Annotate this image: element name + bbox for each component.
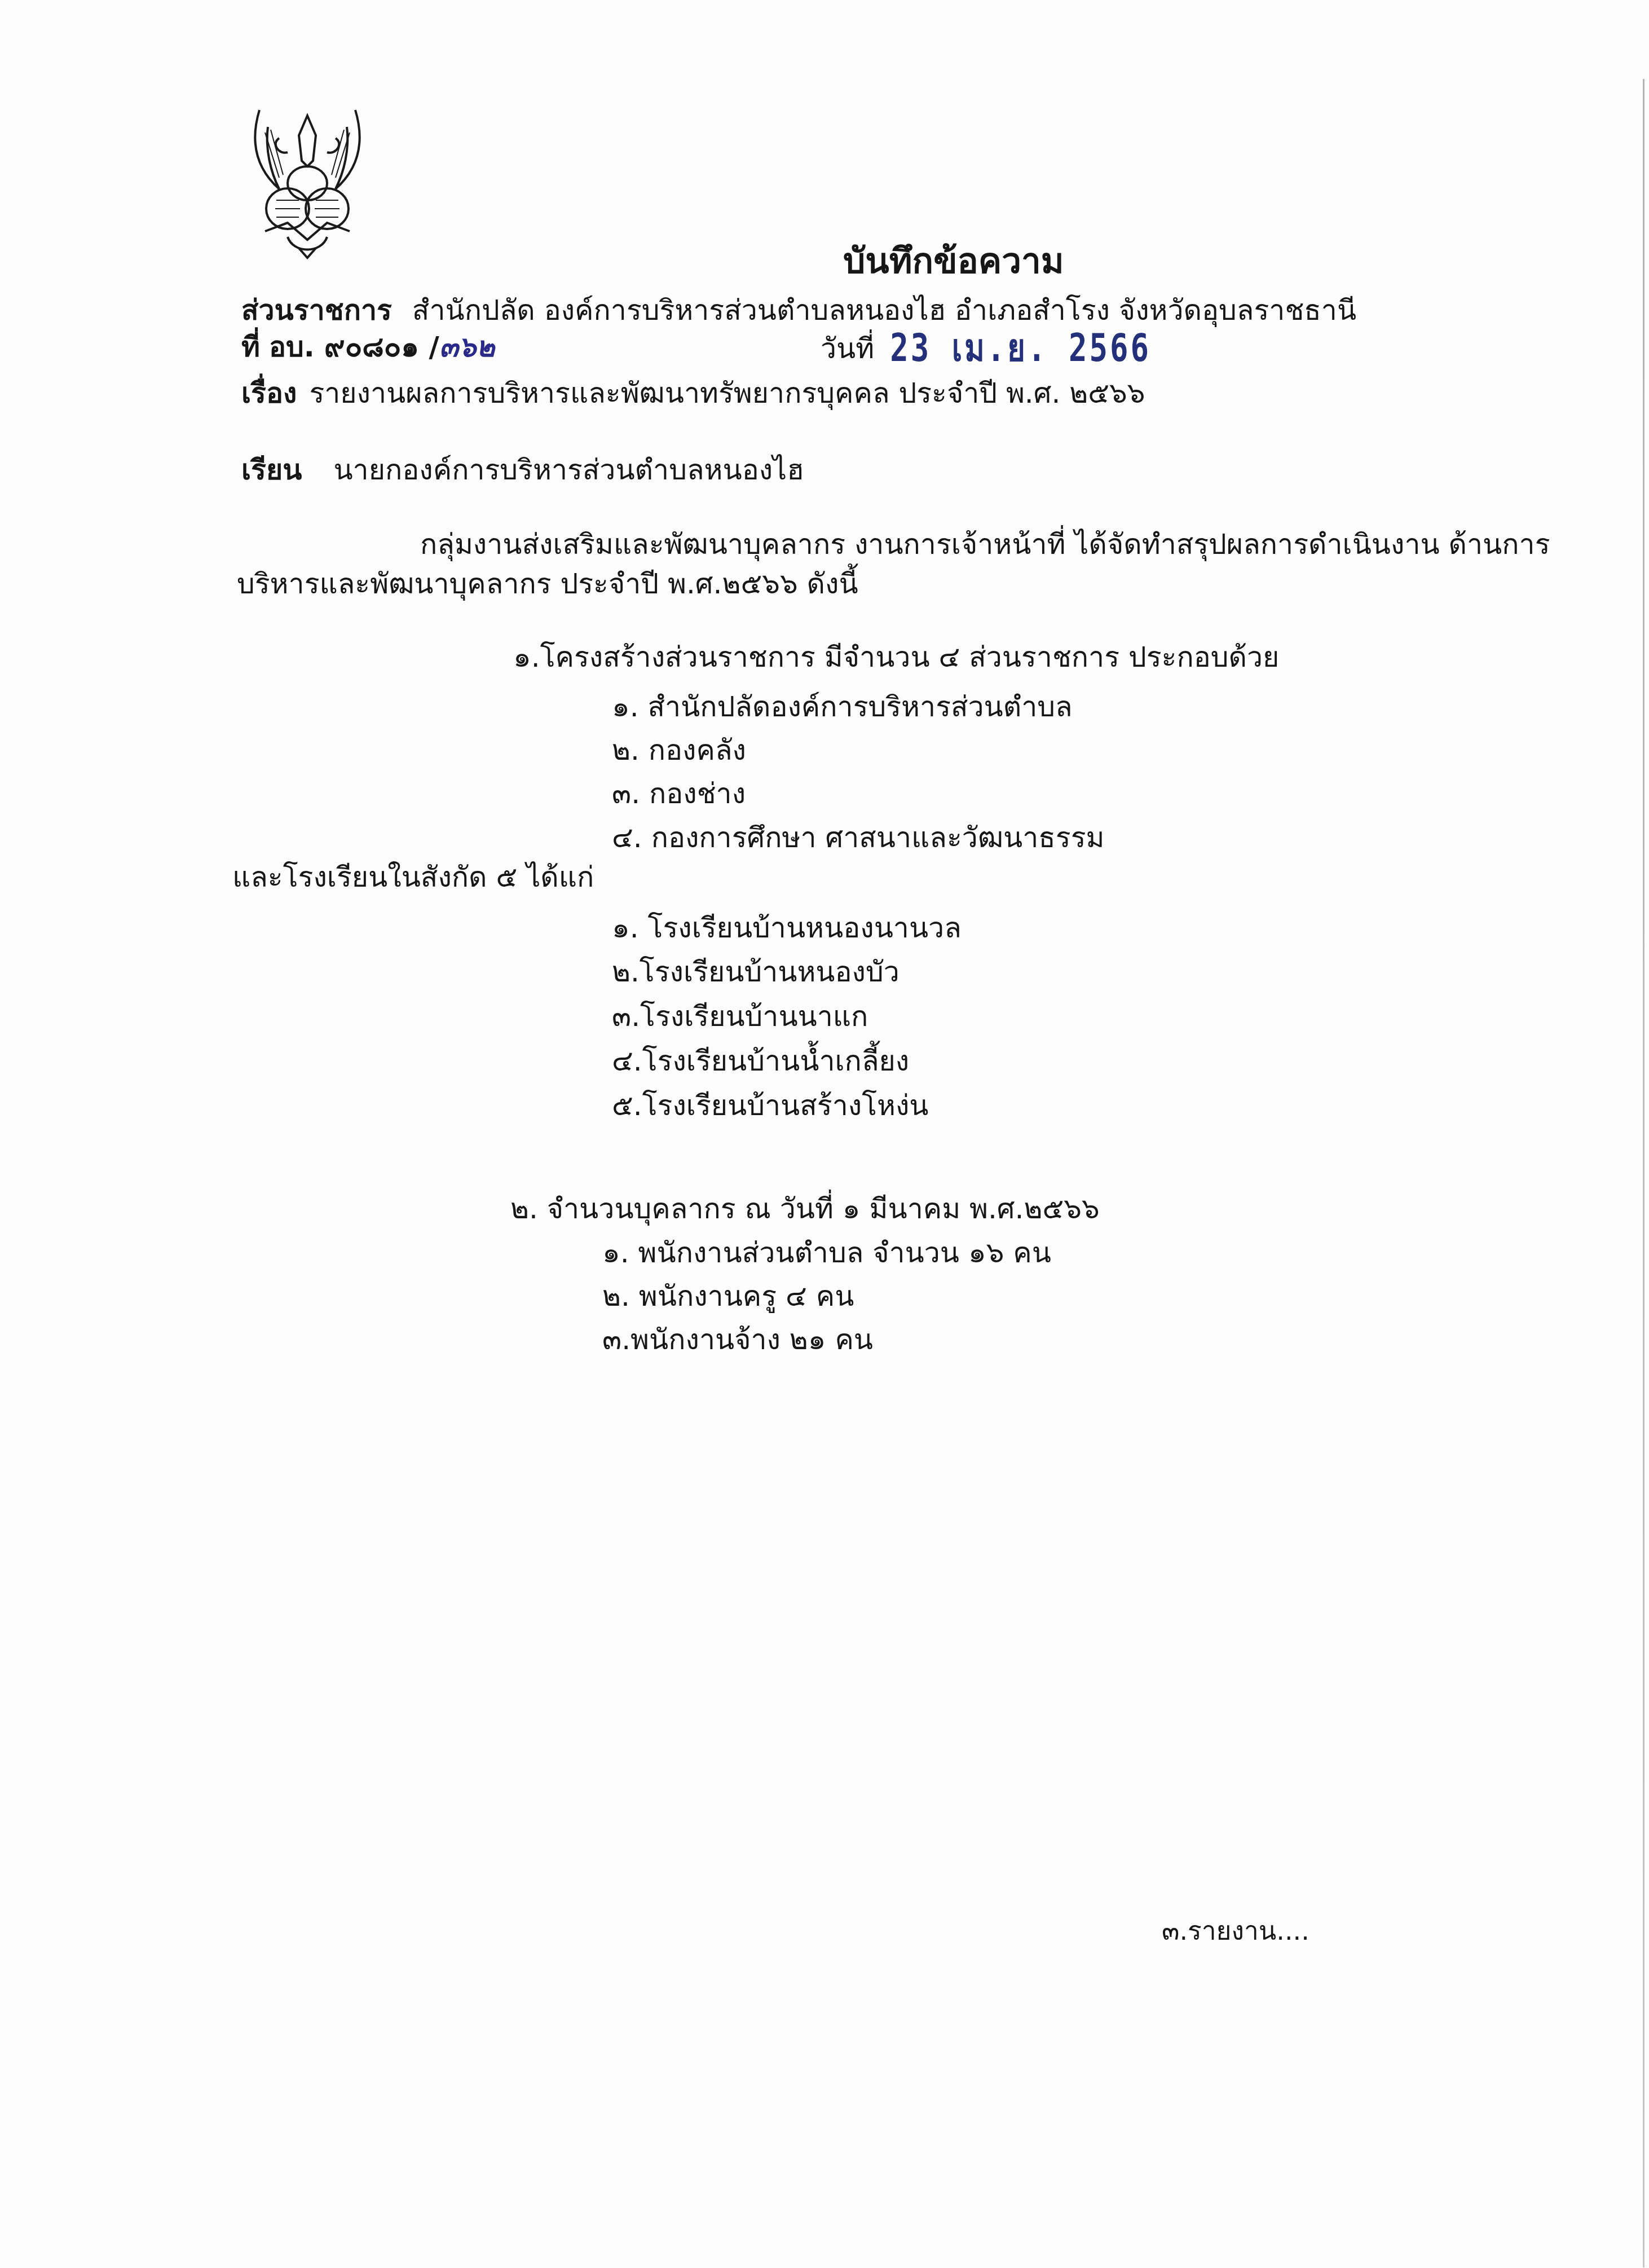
subject-value: รายงานผลการบริหารและพัฒนาทรัพยากรบุคคล ป… xyxy=(309,377,1145,409)
reference-row: ที่ อบ. ๙๐๘๐๑ /๓๖๒ xyxy=(241,333,495,361)
date-label: วันที่ xyxy=(821,332,874,365)
scan-edge-line xyxy=(1643,79,1644,2267)
recipient-value: นายกองค์การบริหารส่วนตำบลหนองไฮ xyxy=(333,453,804,486)
school-item: ๒.โรงเรียนบ้านหนองบัว xyxy=(612,958,900,986)
school-item: ๓.โรงเรียนบ้านนาแก xyxy=(612,1002,868,1030)
subject-label: เรื่อง xyxy=(241,377,297,409)
school-item: ๔.โรงเรียนบ้านน้ำเกลี้ยง xyxy=(612,1047,909,1075)
agency-row: ส่วนราชการสำนักปลัด องค์การบริหารส่วนตำบ… xyxy=(241,296,1356,324)
department-item: ๔. กองการศึกษา ศาสนาและวัฒนาธรรม xyxy=(612,823,1105,852)
school-item: ๕.โรงเรียนบ้านสร้างโหง่น xyxy=(612,1091,929,1120)
department-item: ๒. กองคลัง xyxy=(612,736,746,764)
date-stamp: 23 เม.ย. 2566 xyxy=(890,329,1151,367)
recipient-label: เรียน xyxy=(241,453,302,486)
recipient-row: เรียนนายกองค์การบริหารส่วนตำบลหนองไฮ xyxy=(241,456,804,484)
personnel-item: ๒. พนักงานครู ๔ คน xyxy=(602,1282,854,1310)
department-item: ๓. กองช่าง xyxy=(612,780,746,808)
intro-paragraph-line-2: บริหารและพัฒนาบุคลากร ประจำปี พ.ศ.๒๕๖๖ ด… xyxy=(237,570,858,598)
reference-handwritten-number: ๓๖๒ xyxy=(439,331,495,363)
reference-label: ที่ xyxy=(241,331,260,363)
subject-row: เรื่องรายงานผลการบริหารและพัฒนาทรัพยากรบ… xyxy=(241,379,1145,407)
reference-value: อบ. ๙๐๘๐๑ / xyxy=(269,331,439,363)
date-row: วันที่23 เม.ย. 2566 xyxy=(821,333,1151,363)
school-item: ๑. โรงเรียนบ้านหนองนานวล xyxy=(612,914,962,942)
personnel-item: ๓.พนักงานจ้าง ๒๑ คน xyxy=(602,1325,873,1354)
section-1-heading: ๑.โครงสร้างส่วนราชการ มีจำนวน ๔ ส่วนราชก… xyxy=(513,643,1279,671)
memo-title: บันทึกข้อความ xyxy=(843,244,1064,279)
section-2-heading: ๒. จำนวนบุคลากร ณ วันที่ ๑ มีนาคม พ.ศ.๒๕… xyxy=(510,1195,1100,1223)
schools-intro: และโรงเรียนในสังกัด ๕ ได้แก่ xyxy=(232,863,594,891)
department-item: ๑. สำนักปลัดองค์การบริหารส่วนตำบล xyxy=(612,693,1073,721)
agency-label: ส่วนราชการ xyxy=(241,294,392,327)
intro-paragraph-line-1: กลุ่มงานส่งเสริมและพัฒนาบุคลากร งานการเจ… xyxy=(420,530,1550,558)
continuation-note: ๓.รายงาน.... xyxy=(1162,1918,1309,1944)
personnel-item: ๑. พนักงานส่วนตำบล จำนวน ๑๖ คน xyxy=(602,1239,1051,1267)
garuda-emblem-icon xyxy=(248,104,367,259)
memo-page: บันทึกข้อความ ส่วนราชการสำนักปลัด องค์กา… xyxy=(0,0,1649,2268)
agency-value: สำนักปลัด องค์การบริหารส่วนตำบลหนองไฮ อำ… xyxy=(412,294,1356,327)
